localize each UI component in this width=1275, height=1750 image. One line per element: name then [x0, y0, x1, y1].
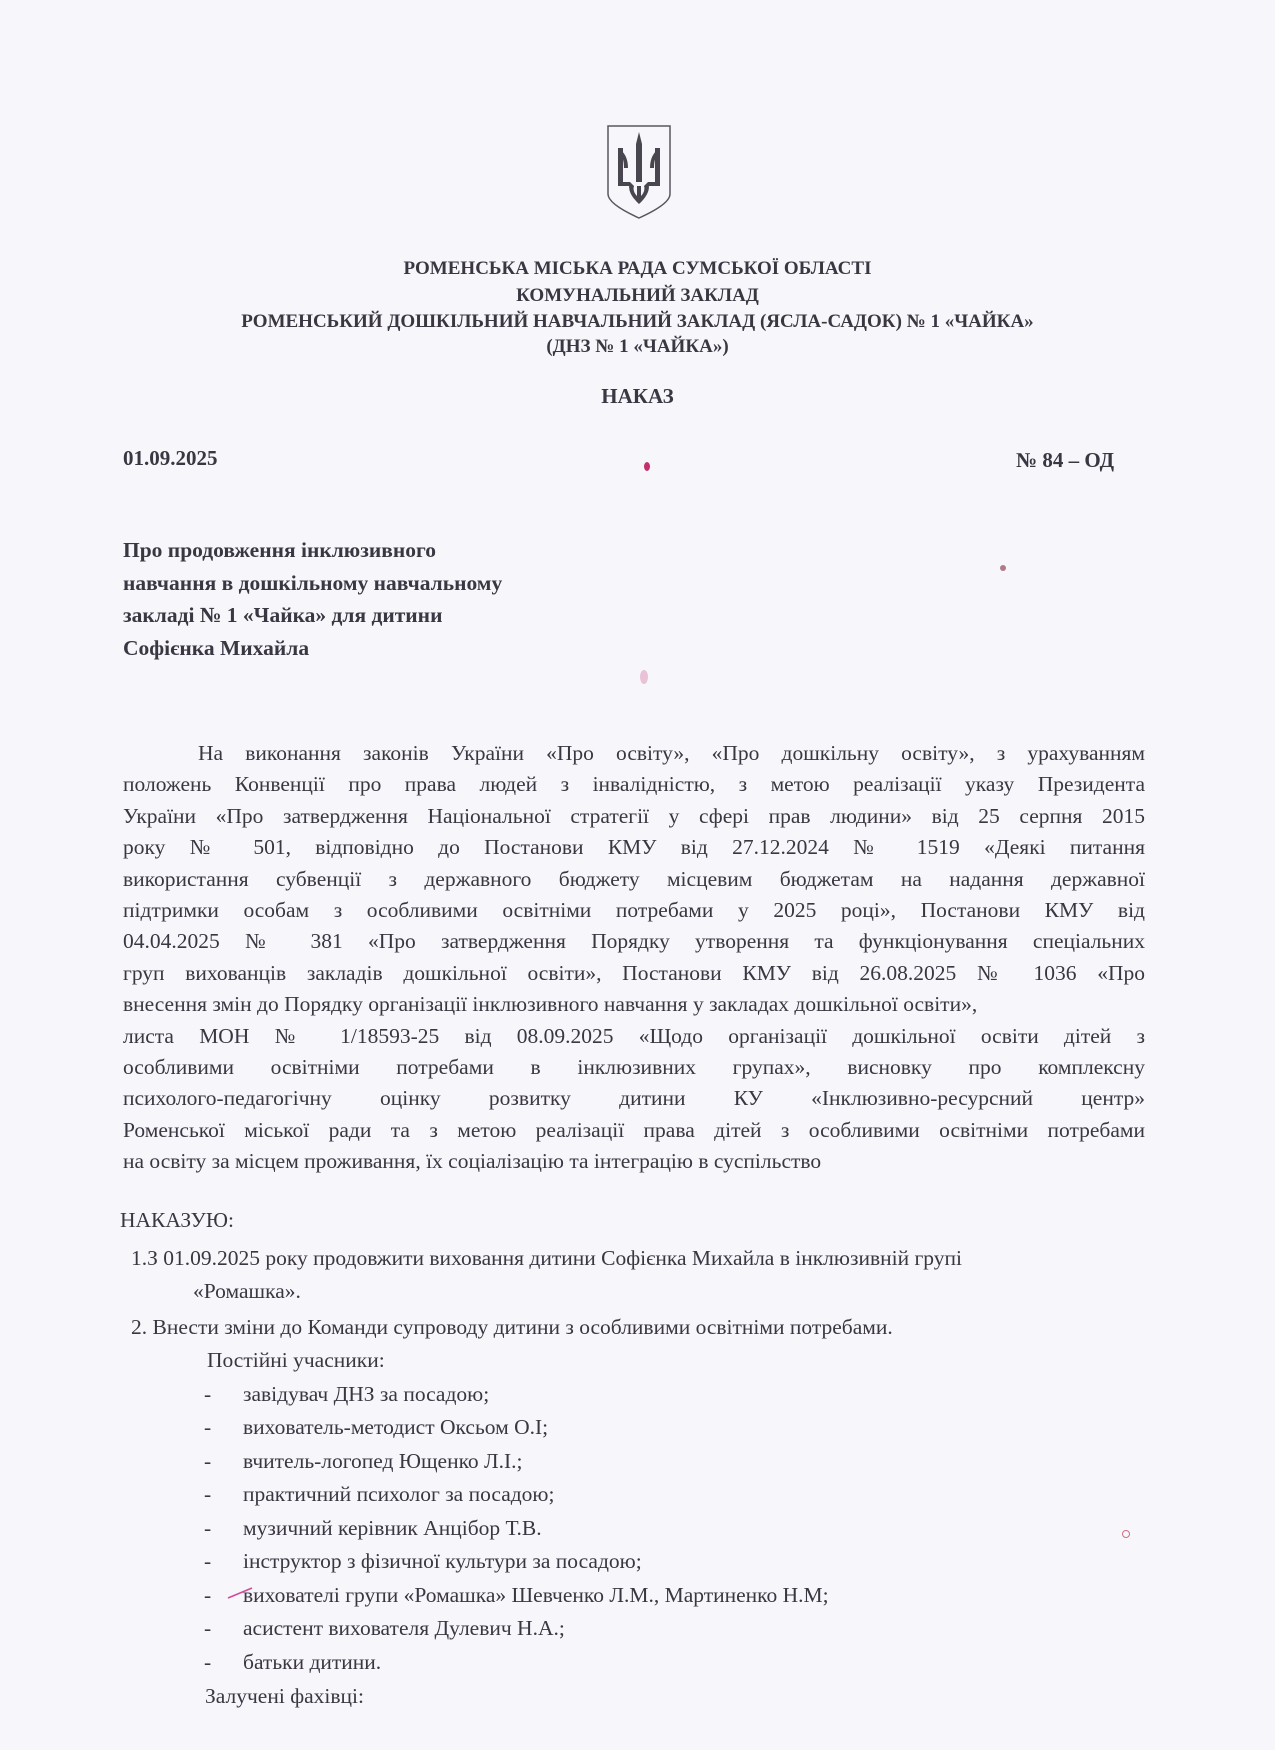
scanned-document-page: РОМЕНСЬКА МІСЬКА РАДА СУМСЬКОЇ ОБЛАСТІ К… — [0, 0, 1275, 1750]
scan-speck — [1122, 1530, 1130, 1538]
order-item-1-continuation: «Ромашка». — [193, 1279, 301, 1304]
subject-line: Про продовження інклюзивного — [123, 534, 643, 567]
preamble-line: 04.04.2025 № 381 «Про затвердження Поряд… — [123, 926, 1145, 957]
subject-line: навчання в дошкільному навчальному — [123, 567, 643, 600]
trident-emblem-icon — [606, 124, 672, 220]
order-item-2: 2. Внести зміни до Команди супроводу дит… — [131, 1315, 893, 1340]
involved-specialists-label: Залучені фахівці: — [205, 1684, 364, 1709]
order-directive: НАКАЗУЮ: — [120, 1208, 234, 1233]
preamble-line: України «Про затвердження Національної с… — [123, 801, 1145, 832]
preamble-line: внесення змін до Порядку організації інк… — [123, 989, 1145, 1020]
permanent-members-label: Постійні учасники: — [207, 1348, 385, 1373]
scan-speck — [644, 462, 650, 471]
scan-speck — [1000, 565, 1006, 571]
preamble-line: на освіту за місцем проживання, їх соціа… — [123, 1146, 1145, 1177]
pen-mark-icon — [226, 1585, 256, 1601]
preamble-line: листа МОН № 1/18593-25 від 08.09.2025 «Щ… — [123, 1021, 1145, 1052]
preamble-line: використання субвенції з державного бюдж… — [123, 864, 1145, 895]
subject-line: Софієнка Михайла — [123, 632, 643, 665]
preamble-line: груп вихованців закладів дошкільної осві… — [123, 958, 1145, 989]
preamble-line: особливими освітніми потребами в інклюзи… — [123, 1052, 1145, 1083]
preamble-line: психолого-педагогічну оцінку розвитку ди… — [123, 1083, 1145, 1114]
preamble-line: підтримки особам з особливими освітніми … — [123, 895, 1145, 926]
council-name: РОМЕНСЬКА МІСЬКА РАДА СУМСЬКОЇ ОБЛАСТІ — [0, 258, 1275, 280]
order-date: 01.09.2025 — [123, 446, 218, 471]
preamble-line: положень Конвенції про права людей з інв… — [123, 769, 1145, 800]
document-type: НАКАЗ — [0, 384, 1275, 409]
institution-type: КОМУНАЛЬНИЙ ЗАКЛАД — [0, 285, 1275, 307]
subject-line: закладі № 1 «Чайка» для дитини — [123, 599, 643, 632]
institution-name: РОМЕНСЬКИЙ ДОШКІЛЬНИЙ НАВЧАЛЬНИЙ ЗАКЛАД … — [0, 311, 1275, 333]
order-number: № 84 – ОД — [1016, 448, 1114, 473]
preamble-line: Роменської міської ради та з метою реалі… — [123, 1115, 1145, 1146]
institution-abbreviation: (ДНЗ № 1 «ЧАЙКА») — [0, 336, 1275, 358]
preamble-line: На виконання законів України «Про освіту… — [123, 738, 1145, 769]
order-subject: Про продовження інклюзивного навчання в … — [123, 534, 643, 664]
scan-speck — [640, 670, 648, 684]
order-item-1: 1.З 01.09.2025 року продовжити виховання… — [131, 1246, 962, 1271]
preamble-paragraph: На виконання законів України «Про освіту… — [123, 738, 1145, 1178]
preamble-line: року № 501, відповідно до Постанови КМУ … — [123, 832, 1145, 863]
